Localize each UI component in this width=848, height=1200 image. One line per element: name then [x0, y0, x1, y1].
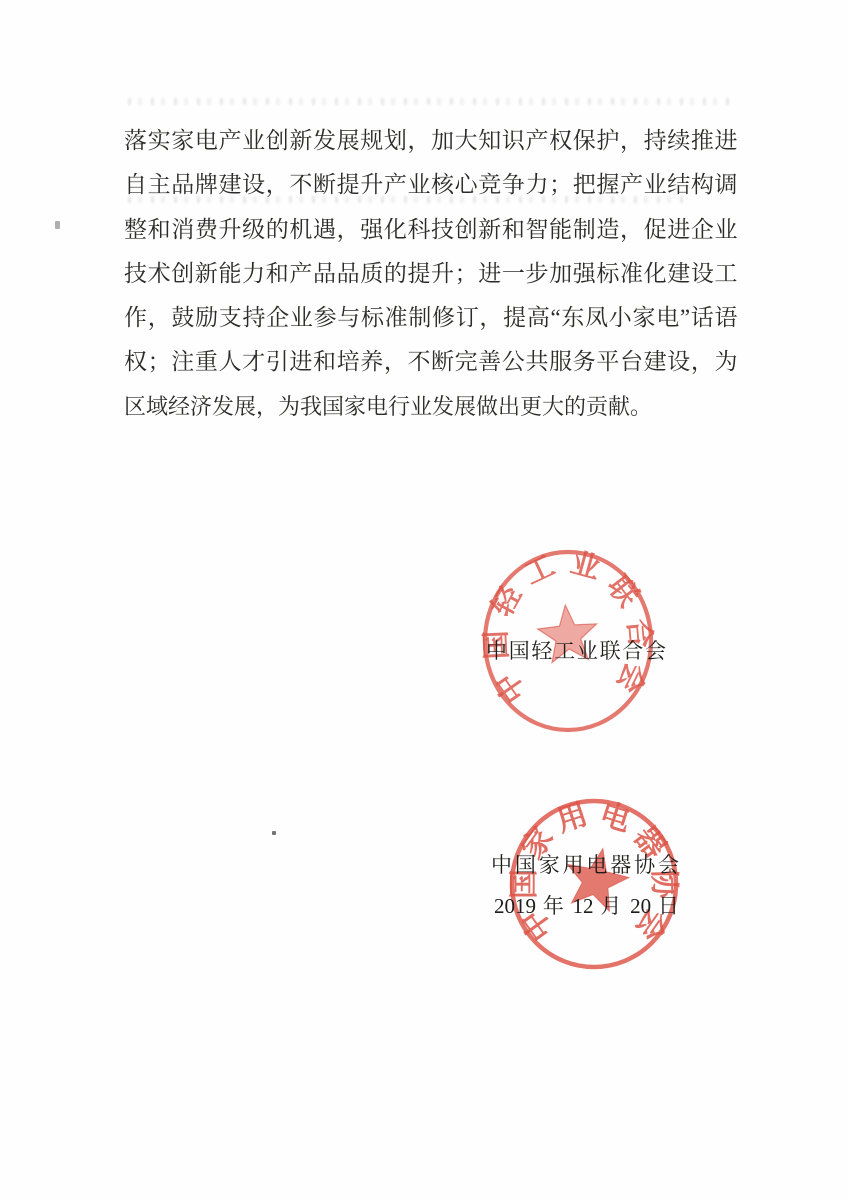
body-line-3: 整和消费升级的机遇，强化科技创新和智能制造，促进企业: [124, 208, 738, 252]
scanned-document-page: 落实家电产业创新发展规划，加大知识产权保护，持续推进 自主品牌建设，不断提升产业…: [0, 0, 848, 1200]
signature-org-light-industry-council: 中国轻工业联合会: [486, 639, 666, 663]
body-line-1: 落实家电产业创新发展规划，加大知识产权保护，持续推进: [124, 119, 738, 163]
body-line-2: 自主品牌建设，不断提升产业核心竞争力；把握产业结构调: [124, 163, 738, 207]
body-line-6: 权；注重人才引进和培养，不断完善公共服务平台建设，为: [124, 340, 738, 384]
body-line-7: 区域经济发展，为我国家电行业发展做出更大的贡献。: [124, 385, 738, 429]
scan-speck: [55, 221, 60, 229]
signature-org-household-appliances-association: 中国家用电器协会: [491, 853, 679, 877]
bleedthrough-ghost-row: [128, 98, 734, 105]
official-seal-household-appliances-association: 中国家用电器协会: [508, 798, 680, 970]
scan-speck: [272, 831, 276, 835]
signature-date: 2019 年 12 月 20 日: [494, 894, 679, 918]
body-line-4: 技术创新能力和产品品质的提升；进一步加强标准化建设工: [124, 252, 738, 296]
body-paragraph: 落实家电产业创新发展规划，加大知识产权保护，持续推进 自主品牌建设，不断提升产业…: [124, 119, 738, 429]
body-line-5: 作，鼓励支持企业参与标准制修订，提高“东凤小家电”话语: [124, 296, 738, 340]
